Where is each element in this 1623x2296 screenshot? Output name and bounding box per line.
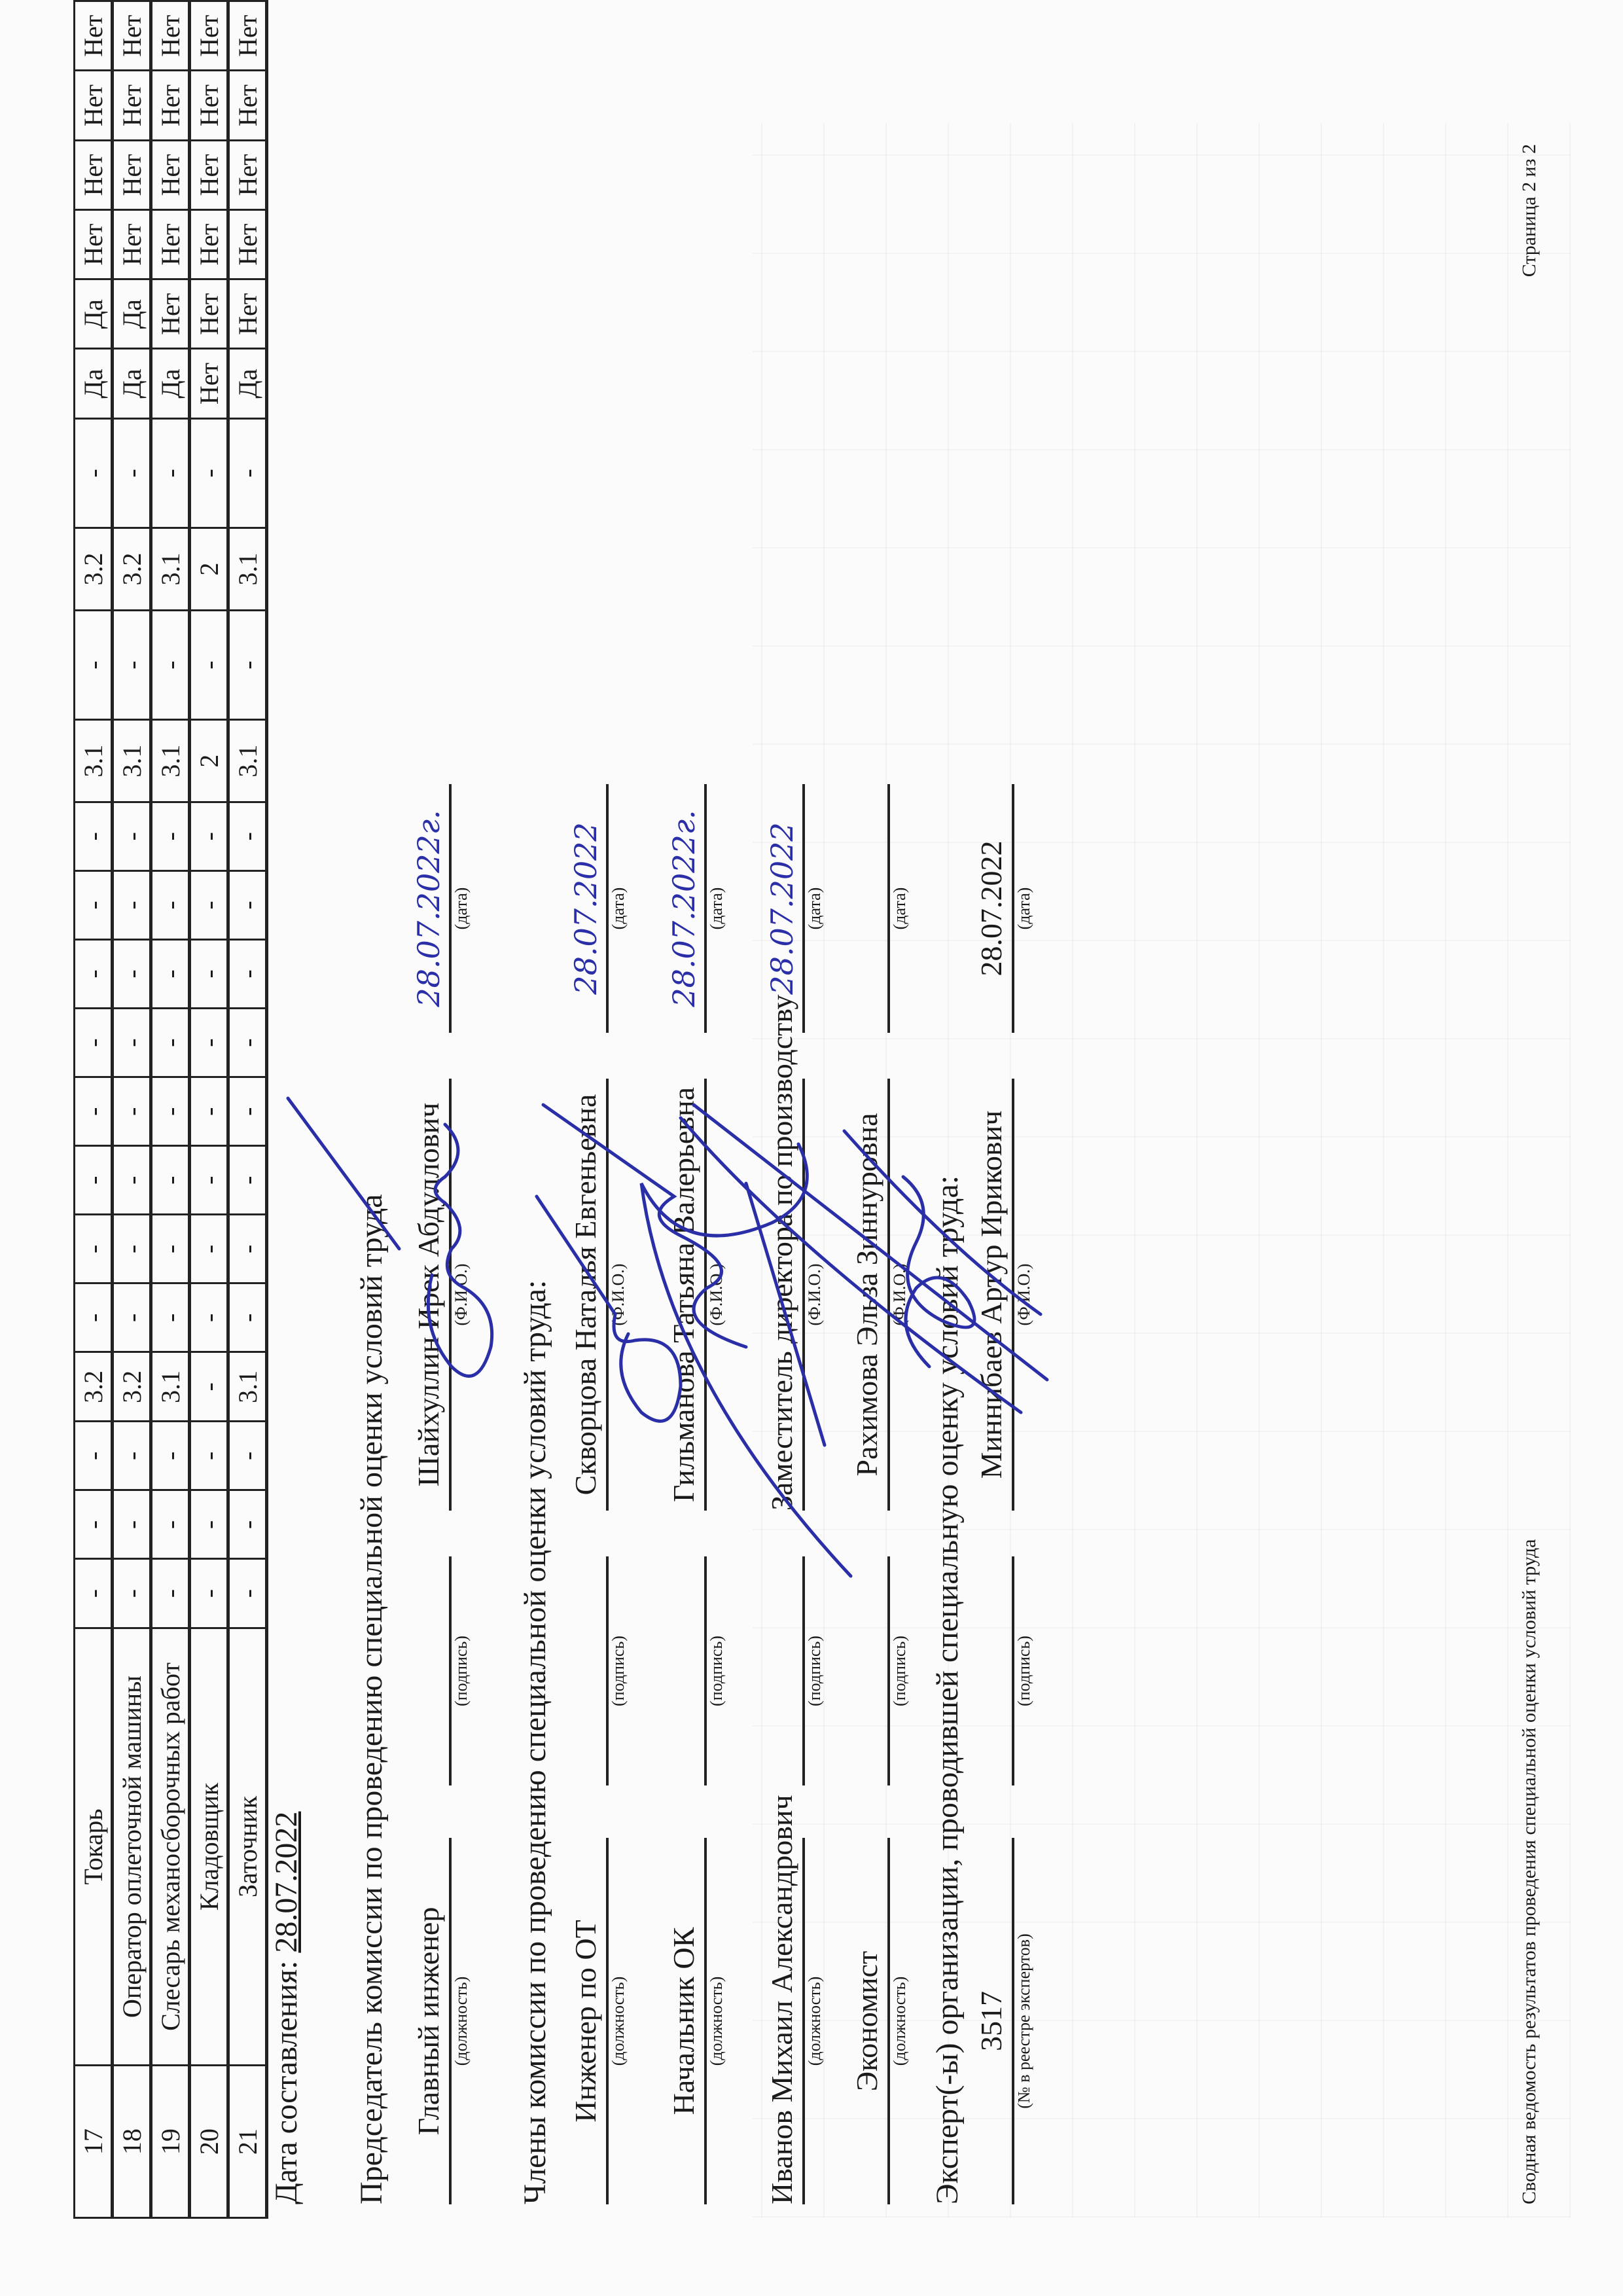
- table-cell: 2: [190, 720, 228, 802]
- table-cell: -: [228, 610, 267, 720]
- table-cell: -: [190, 418, 228, 528]
- table-cell: 3.1: [228, 528, 267, 610]
- table-cell: Нет: [151, 1, 190, 71]
- table-cell: -: [113, 1422, 151, 1490]
- footer-page-number: Страница 2 из 2: [1518, 144, 1541, 277]
- table-cell: -: [190, 1490, 228, 1559]
- table-cell: -: [190, 1352, 228, 1422]
- date-value: 28.07.2022: [269, 1812, 304, 1953]
- table-cell: -: [228, 1077, 267, 1146]
- table-cell: -: [151, 610, 190, 720]
- table-cell: 3.1: [113, 720, 151, 802]
- table-cell: -: [190, 1077, 228, 1146]
- table-cell: -: [75, 1146, 113, 1215]
- table-cell: -: [75, 1009, 113, 1077]
- table-cell: Нет: [190, 209, 228, 279]
- table-cell: -: [190, 1009, 228, 1077]
- chair-signature-field: [410, 1556, 452, 1785]
- table-cell: Да: [113, 349, 151, 418]
- table-cell: -: [228, 939, 267, 1008]
- table-cell: -: [75, 939, 113, 1008]
- table-cell: Нет: [228, 71, 267, 140]
- table-cell: -: [151, 1146, 190, 1215]
- table-cell: Нет: [190, 1, 228, 71]
- table-cell: -: [151, 1490, 190, 1559]
- table-cell: -: [151, 1215, 190, 1283]
- results-table: 17Токарь---3.2--------3.1-3.2-ДаДаНетНет…: [73, 0, 268, 2219]
- expert-date: 28.07.2022: [972, 784, 1014, 1033]
- table-cell: -: [151, 870, 190, 939]
- table-cell: Нет: [75, 140, 113, 209]
- table-cell: -: [228, 802, 267, 870]
- table-cell: 3.1: [75, 720, 113, 802]
- row-number: 21: [228, 2066, 267, 2218]
- table-cell: -: [113, 1283, 151, 1352]
- expert-fio: Миннибаев Артур Ирикович: [972, 1079, 1014, 1511]
- table-cell: -: [75, 1215, 113, 1283]
- table-cell: -: [190, 939, 228, 1008]
- table-cell: -: [228, 870, 267, 939]
- member-row: Экономист (должность) (подпись) Рахимова…: [838, 791, 910, 2204]
- table-cell: -: [75, 1283, 113, 1352]
- table-cell: -: [228, 1146, 267, 1215]
- table-cell: -: [151, 802, 190, 870]
- table-cell: -: [113, 1009, 151, 1077]
- row-number: 18: [113, 2066, 151, 2218]
- table-cell: -: [190, 610, 228, 720]
- table-cell: -: [228, 1009, 267, 1077]
- member-signature-field: [763, 1556, 805, 1785]
- table-cell: Нет: [190, 349, 228, 418]
- table-cell: Нет: [151, 140, 190, 209]
- date-of-compilation: Дата составления: 28.07.2022: [268, 1812, 304, 2204]
- table-cell: -: [228, 1283, 267, 1352]
- table-cell: -: [190, 870, 228, 939]
- chair-fio: Шайхуллин Ирек Абдуллович: [410, 1079, 452, 1511]
- table-cell: -: [151, 418, 190, 528]
- table-cell: -: [75, 1422, 113, 1490]
- member-signature-field: [567, 1556, 609, 1785]
- table-cell: Нет: [113, 71, 151, 140]
- job-title: Кладовщик: [190, 1628, 228, 2066]
- table-cell: Нет: [190, 279, 228, 349]
- table-cell: Да: [113, 279, 151, 349]
- table-cell: Нет: [190, 140, 228, 209]
- row-number: 20: [190, 2066, 228, 2218]
- job-title: Заточник: [228, 1628, 267, 2066]
- table-cell: Да: [151, 349, 190, 418]
- table-cell: 3.2: [113, 528, 151, 610]
- chair-title: Председатель комиссии по проведению спец…: [353, 1194, 389, 2204]
- member-row: Инженер по ОТ (должность) (подпись) Скво…: [556, 791, 628, 2204]
- table-cell: -: [75, 1077, 113, 1146]
- table-cell: 3.1: [151, 528, 190, 610]
- table-row: 17Токарь---3.2--------3.1-3.2-ДаДаНетНет…: [75, 1, 113, 2218]
- table-cell: 3.1: [228, 1352, 267, 1422]
- table-cell: -: [190, 1283, 228, 1352]
- table-cell: -: [151, 1009, 190, 1077]
- table-cell: Нет: [151, 279, 190, 349]
- table-cell: Да: [75, 279, 113, 349]
- job-title: Оператор оплеточной машины: [113, 1628, 151, 2066]
- table-cell: -: [190, 1422, 228, 1490]
- expert-row: 3517 (№ в реестре экспертов) (подпись) М…: [962, 791, 1034, 2204]
- table-cell: -: [75, 418, 113, 528]
- table-cell: Нет: [151, 209, 190, 279]
- table-cell: -: [113, 939, 151, 1008]
- table-cell: Нет: [75, 1, 113, 71]
- job-title: Токарь: [75, 1628, 113, 2066]
- table-cell: 3.1: [151, 1352, 190, 1422]
- table-cell: -: [228, 1559, 267, 1628]
- member-signature-field: [665, 1556, 707, 1785]
- table-cell: 3.1: [151, 720, 190, 802]
- table-cell: Нет: [228, 140, 267, 209]
- table-cell: Нет: [228, 279, 267, 349]
- table-cell: Нет: [75, 71, 113, 140]
- chair-signature-row: Главный инженер (должность) (подпись) Ша…: [399, 791, 471, 2204]
- table-cell: Да: [75, 349, 113, 418]
- member-row: Начальник ОК (должность) (подпись) Гильм…: [654, 791, 726, 2204]
- table-cell: -: [113, 610, 151, 720]
- table-cell: -: [151, 1559, 190, 1628]
- table-cell: 3.2: [113, 1352, 151, 1422]
- table-cell: -: [113, 1559, 151, 1628]
- table-cell: -: [75, 870, 113, 939]
- member-row: Иванов Михаил Александрович (должность) …: [753, 791, 825, 2204]
- table-cell: 2: [190, 528, 228, 610]
- table-cell: -: [113, 870, 151, 939]
- chair-position: Главный инженер: [410, 1838, 452, 2204]
- footer-document-name: Сводная ведомость результатов проведения…: [1518, 1539, 1541, 2204]
- table-cell: -: [151, 1077, 190, 1146]
- job-title: Слесарь механосборочных работ: [151, 1628, 190, 2066]
- table-cell: -: [228, 418, 267, 528]
- table-cell: -: [113, 1215, 151, 1283]
- expert-signature-field: [972, 1556, 1014, 1785]
- table-cell: -: [228, 1215, 267, 1283]
- table-cell: -: [190, 1146, 228, 1215]
- table-row: 21Заточник---3.1--------3.1-3.1-ДаНетНет…: [228, 1, 267, 2218]
- table-cell: -: [190, 802, 228, 870]
- table-row: 18Оператор оплеточной машины---3.2------…: [113, 1, 151, 2218]
- table-cell: Нет: [75, 209, 113, 279]
- document-page: 17Токарь---3.2--------3.1-3.2-ДаДаНетНет…: [0, 0, 1623, 2296]
- table-cell: 3.1: [228, 720, 267, 802]
- chair-date: 28.07.2022г.: [410, 784, 452, 1033]
- table-cell: -: [113, 1077, 151, 1146]
- table-cell: -: [228, 1490, 267, 1559]
- table-row: 20Кладовщик------------2-2-НетНетНетНетН…: [190, 1, 228, 2218]
- table-cell: Нет: [190, 71, 228, 140]
- table-cell: -: [113, 1146, 151, 1215]
- table-cell: -: [75, 610, 113, 720]
- table-cell: Нет: [113, 1, 151, 71]
- members-title: Члены комиссии по проведению специальной…: [517, 1280, 553, 2204]
- table-cell: Нет: [228, 1, 267, 71]
- expert-registry-number: 3517: [972, 1838, 1014, 2204]
- table-cell: Нет: [113, 140, 151, 209]
- member-signature-field: [848, 1556, 890, 1785]
- table-cell: -: [151, 939, 190, 1008]
- table-cell: Нет: [228, 209, 267, 279]
- table-cell: 3.2: [75, 1352, 113, 1422]
- row-number: 19: [151, 2066, 190, 2218]
- table-cell: Нет: [113, 209, 151, 279]
- table-cell: -: [113, 418, 151, 528]
- row-number: 17: [75, 2066, 113, 2218]
- table-cell: -: [75, 1559, 113, 1628]
- table-row: 19Слесарь механосборочных работ---3.1---…: [151, 1, 190, 2218]
- table-cell: -: [151, 1283, 190, 1352]
- table-cell: 3.2: [75, 528, 113, 610]
- table-cell: -: [113, 802, 151, 870]
- table-cell: Нет: [151, 71, 190, 140]
- table-cell: -: [113, 1490, 151, 1559]
- expert-title: Эксперт(-ы) организации, проводившей спе…: [929, 1175, 965, 2204]
- table-cell: -: [190, 1559, 228, 1628]
- table-cell: -: [190, 1215, 228, 1283]
- table-cell: -: [75, 1490, 113, 1559]
- table-cell: -: [151, 1422, 190, 1490]
- table-cell: -: [228, 1422, 267, 1490]
- table-cell: Да: [228, 349, 267, 418]
- table-cell: -: [75, 802, 113, 870]
